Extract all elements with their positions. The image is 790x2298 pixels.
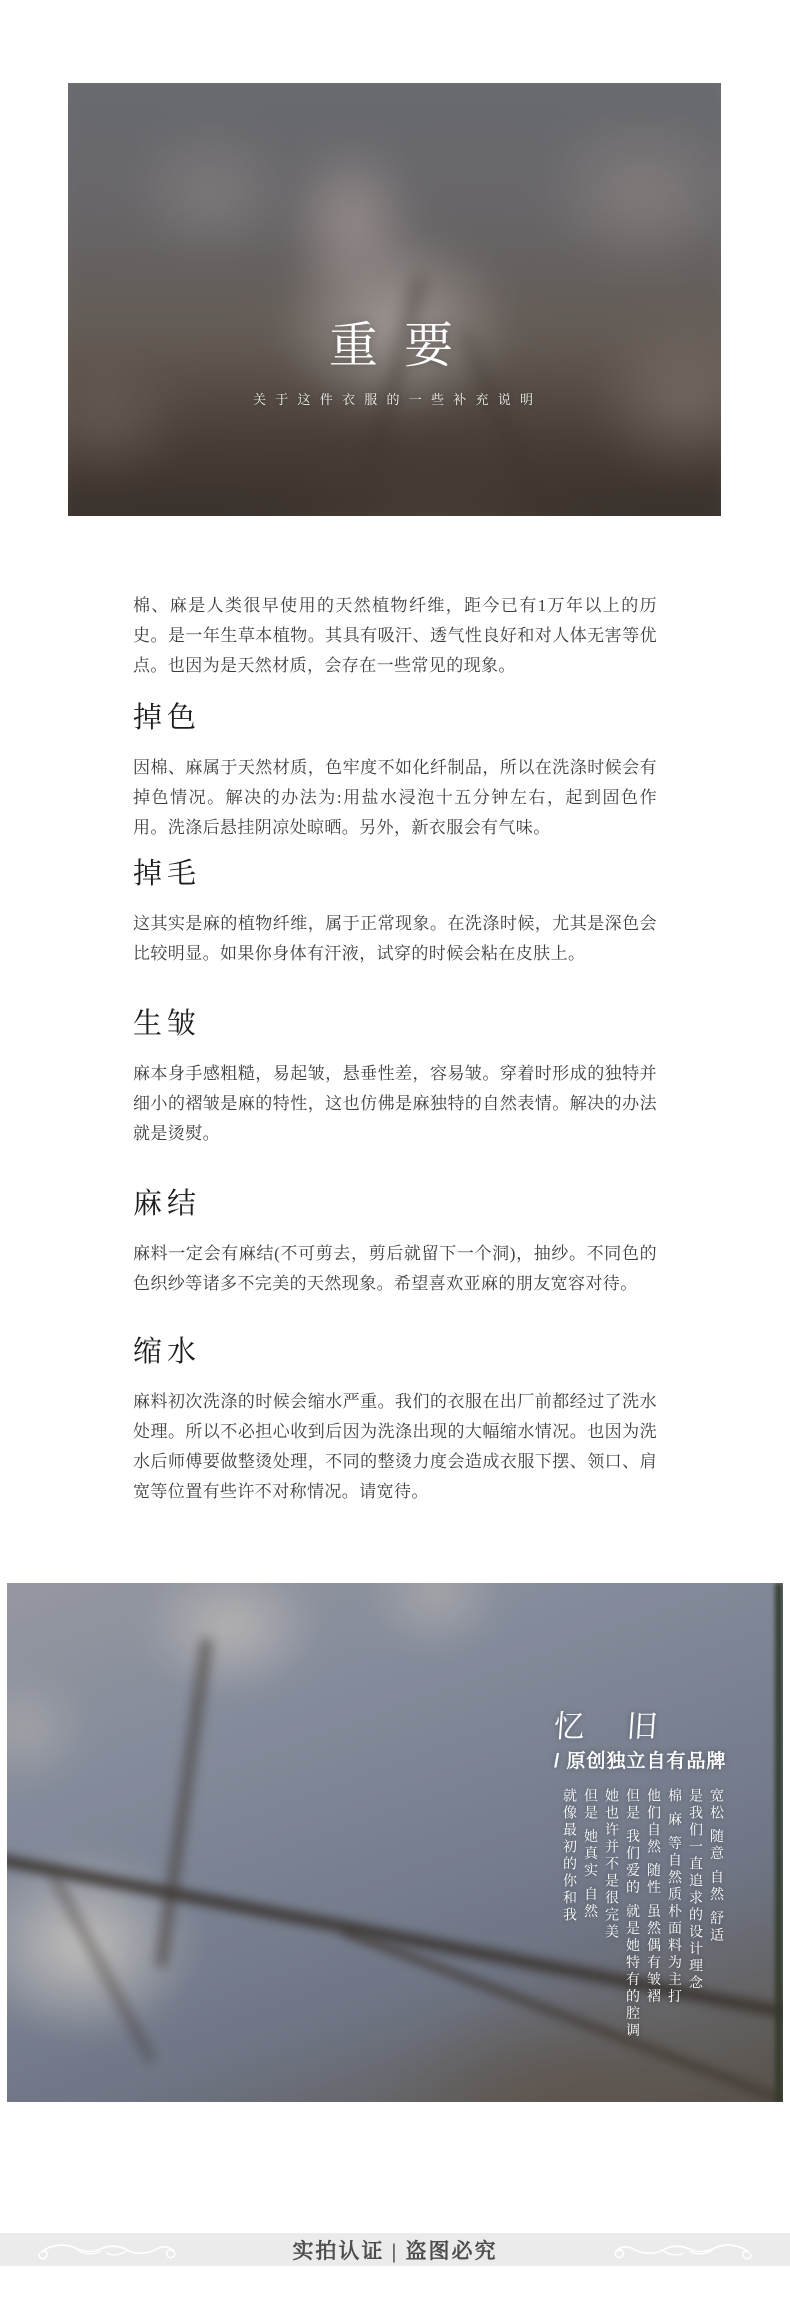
footer-band: 实拍认证 | 盗图必究 [0, 2233, 790, 2266]
vertical-slogan-line: 是我们一直追求的设计理念 [685, 1788, 706, 2056]
section-body: 这其实是麻的植物纤维，属于正常现象。在洗涤时候，尤其是深色会比较明显。如果你身体… [133, 909, 657, 969]
vertical-slogan-line: 她也许并不是很完美 [601, 1788, 622, 2056]
flourish-ornament-icon [14, 2238, 199, 2262]
section-heading: 麻结 [133, 1186, 657, 1222]
intro-paragraph: 棉、麻是人类很早使用的天然植物纤维，距今已有1万年以上的历史。是一年生草本植物。… [133, 591, 657, 681]
vertical-slogan-line: 就像最初的你和我 [559, 1788, 580, 2056]
section-heading: 缩水 [133, 1334, 657, 1370]
hero-photo: 重 要 关 于 这 件 衣 服 的 一 些 补 充 说 明 [68, 83, 721, 516]
section-heading: 生皱 [133, 1006, 657, 1042]
section-slubs: 麻结 麻料一定会有麻结(不可剪去，剪后就留下一个洞)，抽纱。不同色的色织纱等诸多… [133, 1186, 657, 1316]
section-body: 麻料一定会有麻结(不可剪去，剪后就留下一个洞)，抽纱。不同色的色织纱等诸多不完美… [133, 1239, 657, 1299]
brand-tagline: / 原创独立自有品牌 [554, 1746, 727, 1773]
vertical-slogan-line: 他们自然 随性 虽然偶有皱褶 [643, 1788, 664, 2056]
section-heading: 掉色 [133, 700, 657, 736]
brand-photo: 忆 旧 / 原创独立自有品牌 宽松 随意 自然 舒适 是我们一直追求的设计理念 … [7, 1583, 783, 2102]
vertical-slogan-block: 宽松 随意 自然 舒适 是我们一直追求的设计理念 棉 麻 等自然质朴面料为主打 … [559, 1788, 727, 2056]
flourish-ornament-icon [591, 2238, 776, 2262]
section-body: 因棉、麻属于天然材质，色牢度不如化纤制品，所以在洗涤时候会有掉色情况。解决的办法… [133, 753, 657, 843]
section-body: 麻料初次洗涤的时候会缩水严重。我们的衣服在出厂前都经过了洗水处理。所以不必担心收… [133, 1387, 657, 1507]
vertical-slogan-line: 但是 她真实 自然 [580, 1788, 601, 2056]
section-wrinkling: 生皱 麻本身手感粗糙，易起皱，悬垂性差，容易皱。穿着时形成的独特并细小的褶皱是麻… [133, 1006, 657, 1166]
hero-subtitle: 关 于 这 件 衣 服 的 一 些 补 充 说 明 [68, 389, 721, 408]
vertical-slogan-line: 棉 麻 等自然质朴面料为主打 [664, 1788, 685, 2056]
product-detail-page: 重 要 关 于 这 件 衣 服 的 一 些 补 充 说 明 棉、麻是人类很早使用… [0, 0, 790, 2298]
brand-name: 忆 旧 [552, 1701, 676, 1746]
vertical-slogan-line: 宽松 随意 自然 舒适 [706, 1788, 727, 2056]
section-shrinkage: 缩水 麻料初次洗涤的时候会缩水严重。我们的衣服在出厂前都经过了洗水处理。所以不必… [133, 1334, 657, 1524]
section-body: 麻本身手感粗糙，易起皱，悬垂性差，容易皱。穿着时形成的独特并细小的褶皱是麻的特性… [133, 1059, 657, 1149]
dark-overlay [68, 83, 721, 516]
section-shedding: 掉毛 这其实是麻的植物纤维，属于正常现象。在洗涤时候，尤其是深色会比较明显。如果… [133, 856, 657, 986]
hero-title: 重 要 [68, 307, 721, 377]
section-fading: 掉色 因棉、麻属于天然材质，色牢度不如化纤制品，所以在洗涤时候会有掉色情况。解决… [133, 700, 657, 860]
footer-text: 实拍认证 | 盗图必究 [292, 2235, 497, 2265]
vertical-slogan-line: 但是 我们爱的 就是她特有的腔调 [622, 1788, 643, 2056]
section-heading: 掉毛 [133, 856, 657, 892]
